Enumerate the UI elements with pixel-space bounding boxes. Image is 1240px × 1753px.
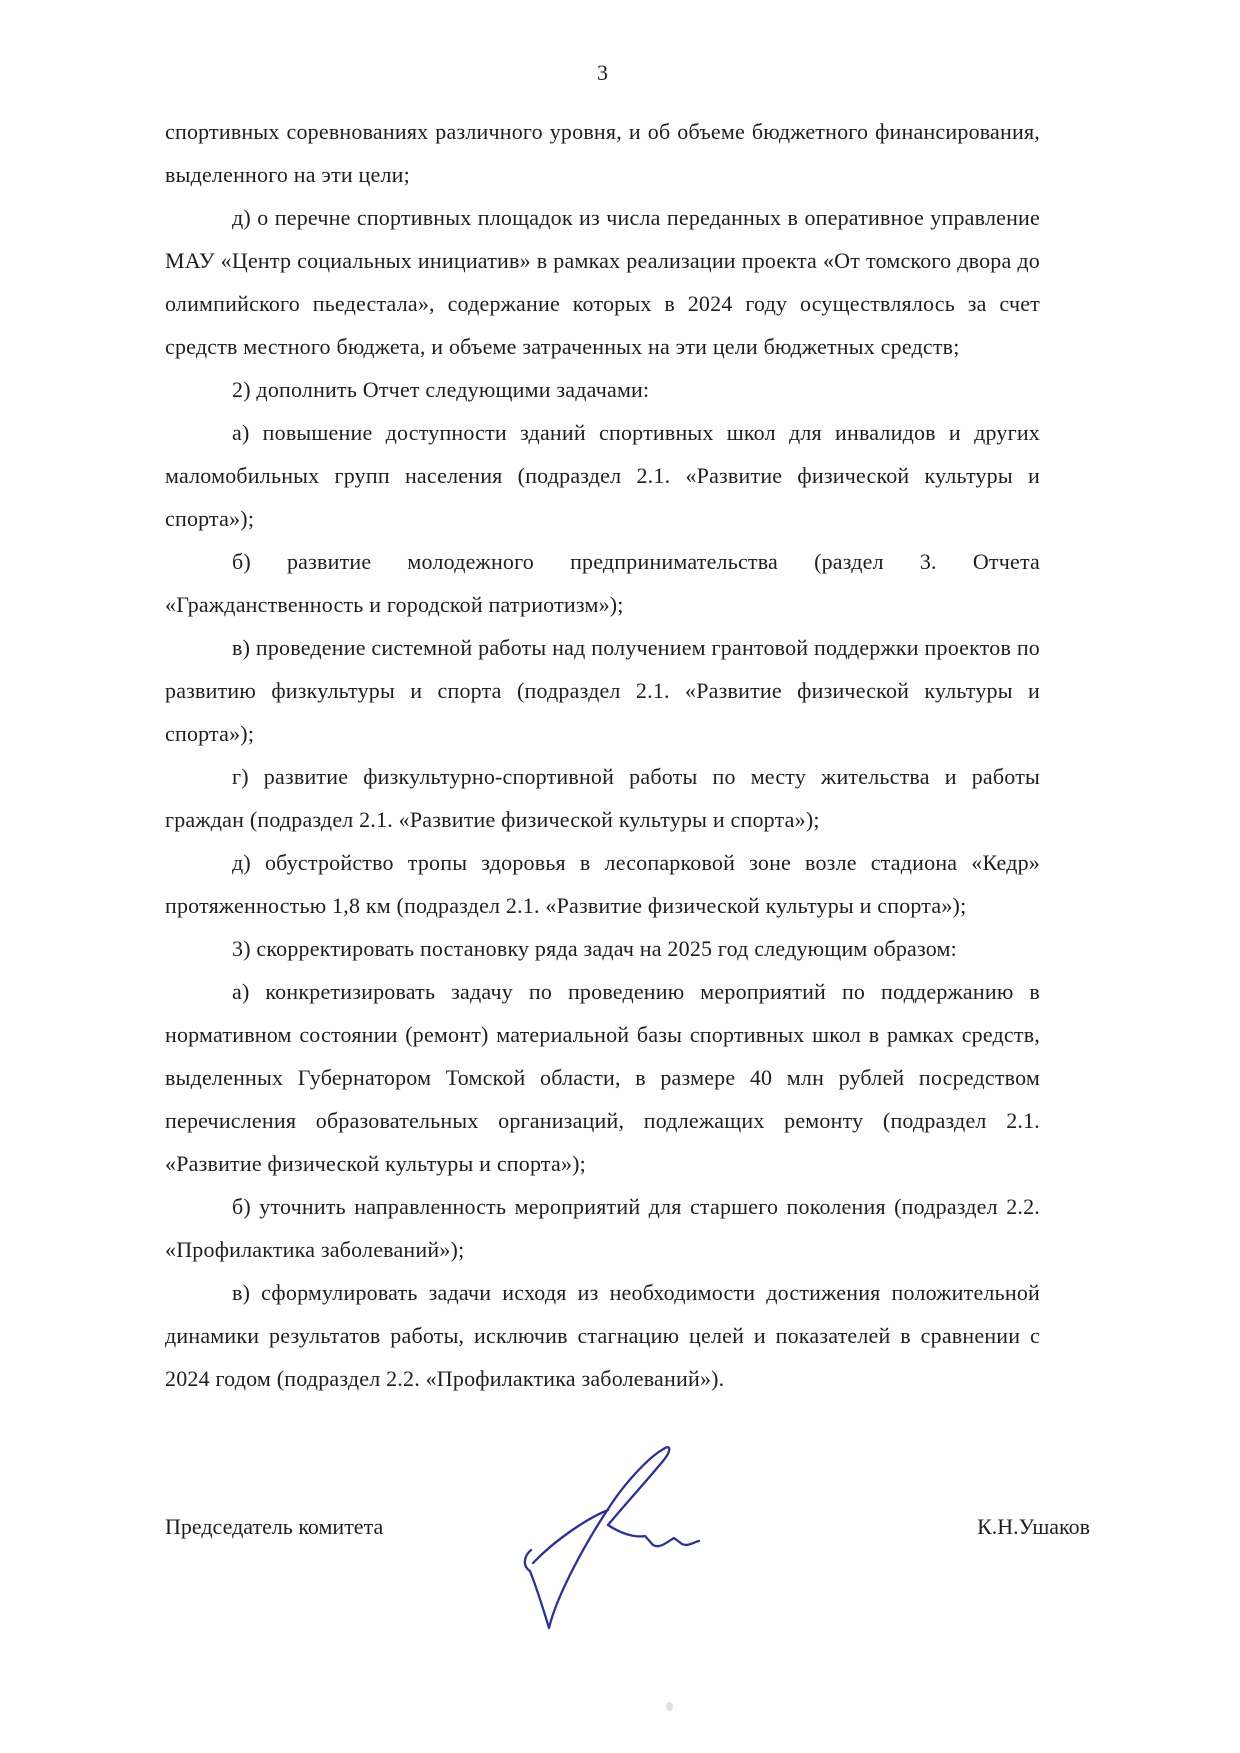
body-paragraph: а) конкретизировать задачу по проведению…	[165, 970, 1040, 1185]
scan-artifact-dot	[666, 1702, 673, 1711]
body-paragraph: а) повышение доступности зданий спортивн…	[165, 411, 1040, 540]
signature-icon	[495, 1425, 725, 1650]
body-paragraph: 2) дополнить Отчет следующими задачами:	[165, 368, 1040, 411]
body-paragraph: г) развитие физкультурно-спортивной рабо…	[165, 755, 1040, 841]
signatory-title: Председатель комитета	[165, 1512, 383, 1542]
body-paragraph: спортивных соревнованиях различного уров…	[165, 110, 1040, 196]
body-paragraph: б) уточнить направленность мероприятий д…	[165, 1185, 1040, 1271]
body-paragraph: 3) скорректировать постановку ряда задач…	[165, 927, 1040, 970]
body-paragraph: в) проведение системной работы над получ…	[165, 626, 1040, 755]
body-paragraph: в) сформулировать задачи исходя из необх…	[165, 1271, 1040, 1400]
body-paragraph: д) обустройство тропы здоровья в лесопар…	[165, 841, 1040, 927]
body-paragraph: б) развитие молодежного предпринимательс…	[165, 540, 1040, 626]
signatory-name: К.Н.Ушаков	[977, 1512, 1090, 1542]
scanned-document-page: { "page": { "number": "3" }, "document":…	[0, 0, 1240, 1753]
page-number: 3	[165, 60, 1040, 86]
document-body: спортивных соревнованиях различного уров…	[165, 110, 1040, 1400]
body-paragraph: д) о перечне спортивных площадок из числ…	[165, 196, 1040, 368]
